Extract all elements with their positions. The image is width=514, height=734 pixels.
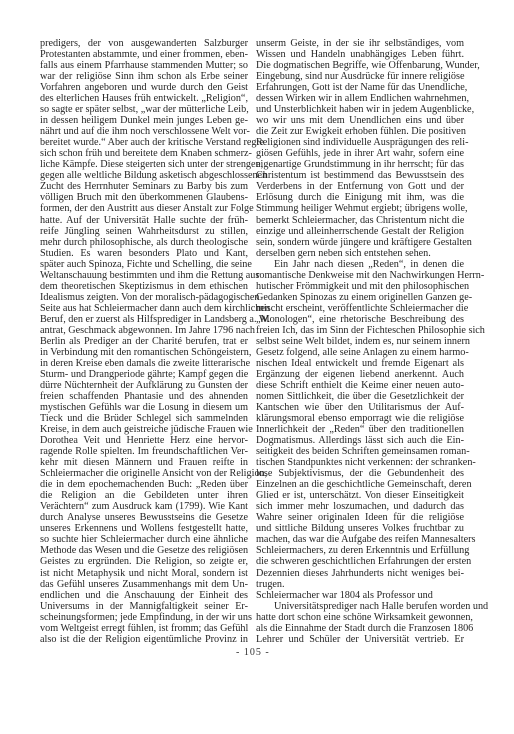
text-line: war der religiöse Sinn ihm schon als Erb… (40, 71, 248, 82)
text-line: nischen Ideal entwickelt und fremde Eige… (256, 358, 464, 369)
text-line: Wissen und Handeln unabhängiges Leben fü… (256, 49, 464, 60)
text-line: Protestanten abstammte, und einer fromme… (40, 49, 248, 60)
text-line: Lehrer und Schüler der Universität vertr… (256, 634, 464, 645)
text-line: dem theoretischen Skeptizismus in dem et… (40, 281, 248, 292)
text-line: freien Ich, das im Sinn der Fichteschen … (256, 325, 464, 336)
text-line: sich schon früh und bereitete dem Knaben… (40, 148, 248, 159)
text-line: so suchte hier Schleiermacher durch eine… (40, 534, 248, 545)
text-line: formen, der den Austritt aus dieser Anst… (40, 203, 248, 214)
text-line: trugen. (256, 579, 464, 590)
text-line: Religionen sind individuelle Ausprägunge… (256, 137, 464, 148)
text-line: Kantschen wie über den Utilitarismus der… (256, 402, 464, 413)
text-line: in dessen heiligem Dunkel mein junges Le… (40, 115, 248, 126)
text-line: Berlin als Prediger an der Charité beruf… (40, 336, 248, 347)
text-line: dessen Wirken wir in allem Endlichen wah… (256, 93, 464, 104)
text-line: unseres Erkennens und Wollens festgestel… (40, 523, 248, 534)
text-line: vom Weltgeist erregt fühlen, ist fromm; … (40, 623, 248, 634)
text-line: Dogmatismus. Allerdings lässt sich auch … (256, 435, 464, 446)
text-line: eigenartige Grundstimmung in ihr herrsch… (256, 159, 464, 170)
text-line: gegen alle weltliche Bildung asketisch a… (40, 170, 248, 181)
text-line: Zucht des Herrnhuter Seminars zu Barby b… (40, 181, 248, 192)
text-line: selbst seine Welt bildet, indem es, nur … (256, 336, 464, 347)
text-line: Dezennien dieses Jahrhunderts nicht weni… (256, 568, 464, 579)
text-line: das Gefühl unseres Zusammenhangs mit dem… (40, 579, 248, 590)
text-line: bemerkt Schleiermacher, das Christentum … (256, 215, 464, 226)
text-line: kehr mit diesen Männern und Frauen reift… (40, 457, 248, 468)
text-line: durch Analyse unseres Bewusstseins die G… (40, 512, 248, 523)
text-line: endlichen und die Anschauung der Einheit… (40, 590, 248, 601)
text-line: tischen Standpunktes nicht verkennen: de… (256, 457, 464, 468)
text-line: Gedanken Spinozas zu einem originellen G… (256, 292, 464, 303)
text-line: Ein Jahr nach diesen „Reden“, in denen d… (256, 259, 464, 270)
text-line: also ist die der Religion eigentümliche … (40, 634, 248, 645)
text-line: sein, sondern würde jüngere und kräftige… (256, 237, 464, 248)
text-line: wo wir uns mit dem Unendlichen eins und … (256, 115, 464, 126)
text-line: mystischen Gefühls war die Losung in die… (40, 402, 248, 413)
text-line: und sittliche Bildung unseres Volkes fru… (256, 523, 464, 534)
text-line: Beruf, den er zuerst als Hilfsprediger i… (40, 314, 248, 325)
text-line: völligen Bruch mit den überkommenen Glau… (40, 192, 248, 203)
text-line: so sagte er später selbst, „war der mütt… (40, 104, 248, 115)
text-line: und Unsterblichkeit haben wir in jedem A… (256, 104, 464, 115)
text-line: mehr durch philosophische, als durch the… (40, 237, 248, 248)
text-line: hutischer Frömmigkeit und mit den philos… (256, 281, 464, 292)
text-line: scheinungsformen; jede Empfindung, in de… (40, 612, 248, 623)
text-line: lose Subjektivismus, der die Gebundenhei… (256, 468, 464, 479)
text-line: Innerlichkeit der „Reden“ über den tradi… (256, 424, 464, 435)
text-line: antrat, Geschmack abgewonnen. Im Jahre 1… (40, 325, 248, 336)
text-line: Dorothea Veit und Henriette Herz eine he… (40, 435, 248, 446)
text-line: reife Jüngling seinen Wahrheitsdurst zu … (40, 226, 248, 237)
text-line: Einzelnen an die geschichtliche Gemeinsc… (256, 479, 464, 490)
text-line: Ergänzung der eigenen liebend anerkennt.… (256, 369, 464, 380)
text-line: Sturm- und Drangperiode gährte; Kampf ge… (40, 369, 248, 380)
text-line: liche Kämpfe. Diese steigerten sich unte… (40, 159, 248, 170)
text-line: romantische Denkweise mit den Nachwirkun… (256, 270, 464, 281)
text-line: nomen Sittlichkeit, die über die Gesetzl… (256, 391, 464, 402)
text-line: unserm Geiste, in der sie ihr selbständi… (256, 38, 464, 49)
text-line: Verächtern“ zum Ausdruck kam (1799). Wie… (40, 501, 248, 512)
text-line: falls aus einem Pfarrhause stammenden Mu… (40, 60, 248, 71)
text-line: Studien. Es waren besonders Plato und Ka… (40, 248, 248, 259)
text-line: Verderbens in der Entfernung von Gott un… (256, 181, 464, 192)
text-line: bereitet wurde.“ Aber auch der kritische… (40, 137, 248, 148)
text-line: Schleiermachers, zu deren Erkenntnis und… (256, 545, 464, 556)
text-line: Glied er ist, unterschätzt. Von dieser E… (256, 490, 464, 501)
text-line: die Religion an die Gebildeten unter ihr… (40, 490, 248, 501)
text-line: als die Einnahme der Stadt durch die Fra… (256, 623, 464, 634)
text-line: Tieck und die Brüder Schlegel sich samme… (40, 413, 248, 424)
text-line: nährt und auf die ihm noch verschlossene… (40, 126, 248, 137)
page-number: - 105 - (236, 647, 270, 658)
text-line: die schweren geschichtlichen Erfahrungen… (256, 556, 464, 567)
text-line: freien schaffenden Phantasie und des ahn… (40, 391, 248, 402)
text-line: Schleiermacher war 1804 als Professor un… (256, 590, 464, 601)
text-line: ist nicht Metaphysik und nicht Moral, so… (40, 568, 248, 579)
text-line: klärungsmoral ebenso emporragt wie die r… (256, 413, 464, 424)
text-line: „Monologen“, eine rhetorische Beschreibu… (256, 314, 464, 325)
text-line: Die dogmatischen Begriffe, wie Offenbaru… (256, 60, 464, 71)
text-line: predigers, der von ausgewanderten Salzbu… (40, 38, 248, 49)
text-line: Christentum ist bestimmend das Bewusstse… (256, 170, 464, 181)
text-line: sich immer mehr loszumachen, und dadurch… (256, 501, 464, 512)
right-text-column: unserm Geiste, in der sie ihr selbständi… (256, 38, 464, 645)
text-line: Stimmung heiliger Wehmut ergiebt; übrige… (256, 203, 464, 214)
left-text-column: predigers, der von ausgewanderten Salzbu… (40, 38, 248, 645)
text-line: diese Schrift enthielt die Keime einer n… (256, 380, 464, 391)
text-line: Schleiermacher die originelle Ansicht vo… (40, 468, 248, 479)
text-line: Universums in der Mannigfaltigkeit seine… (40, 601, 248, 612)
text-line: Gesetz folgend, alle seine Anlagen zu ei… (256, 347, 464, 358)
text-line: einzige und alleinherrschende Gestalt de… (256, 226, 464, 237)
text-line: Kreise, in dem auch geistreiche jüdische… (40, 424, 248, 435)
text-line: Geistes zu ergründen. Die Religion, so z… (40, 556, 248, 567)
text-line: hatte. Auf der Universität Halle suchte … (40, 215, 248, 226)
text-line: Weltanschauung bestimmten und ihm die Re… (40, 270, 248, 281)
text-line: Idealismus zeigten. Von der moralisch-pä… (40, 292, 248, 303)
text-line: machen, das war die Aufgabe des reifen M… (256, 534, 464, 545)
text-line: derselben gern neben sich entstehen sehe… (256, 248, 464, 259)
text-line: mischt erscheint, veröffentlichte Schlei… (256, 303, 464, 314)
text-line: die in dem epochemachenden Buch: „Reden … (40, 479, 248, 490)
text-line: die Zeit zur Ewigkeit erhoben fühlen. Di… (256, 126, 464, 137)
text-line: Erlösung durch die Einigung mit ihm, was… (256, 192, 464, 203)
text-line: Vorfahren angeboren und wurde durch den … (40, 82, 248, 93)
text-line: seitigkeit des beiden Schriften gemeinsa… (256, 446, 464, 457)
text-line: Methode das Wesen und die Gesetze des re… (40, 545, 248, 556)
text-line: ragende Rolle spielten. Im freundschaftl… (40, 446, 248, 457)
text-line: später auch Spinoza, Fichte und Schellin… (40, 259, 248, 270)
text-line: giösen Gefühls, jede in ihrer Art wahr, … (256, 148, 464, 159)
text-line: Universitätsprediger nach Halle berufen … (256, 601, 464, 612)
text-line: dürre Nüchternheit der Aufklärung zu Gun… (40, 380, 248, 391)
text-line: des elterlichen Hauses früh entwickelt. … (40, 93, 248, 104)
text-line: in Verbindung mit den romantischen Schön… (40, 347, 248, 358)
text-line: Wahre seiner originalen Ideen für die re… (256, 512, 464, 523)
text-line: Eingebung, sind nur Ausdrücke für innere… (256, 71, 464, 82)
text-line: Seite aus hat Schleiermacher dann auch d… (40, 303, 248, 314)
text-line: hatte dort schon eine schöne Wirksamkeit… (256, 612, 464, 623)
text-line: in deren Kreise eben damals die zweite l… (40, 358, 248, 369)
text-line: Erfahrungen, Gott ist der Name für das U… (256, 82, 464, 93)
